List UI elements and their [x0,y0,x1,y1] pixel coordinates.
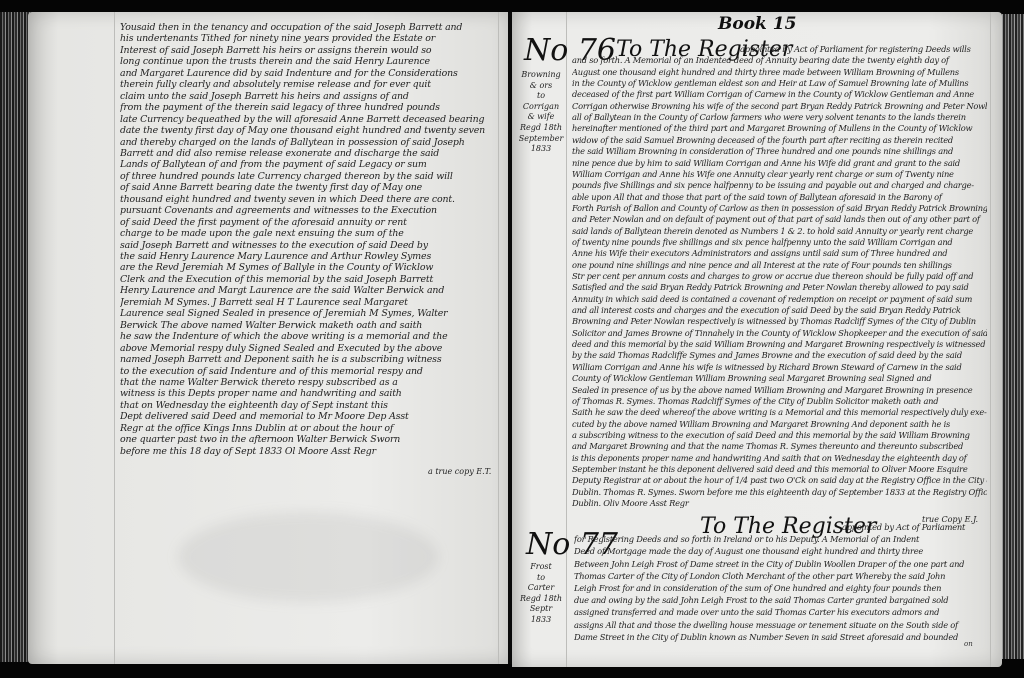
margin-note-line: & ors [516,81,566,92]
handwritten-line: assigned transferred and made over unto … [574,607,986,617]
handwritten-line: of said Anne Barrett bearing date the tw… [120,182,495,193]
handwritten-line: deed and this memorial by the said Willi… [572,339,987,349]
handwritten-line: said Joseph Barrett and witnesses to the… [120,240,495,251]
handwritten-line: of said Deed the first payment of the af… [120,217,495,228]
handwritten-line: date the twenty first day of May one tho… [120,125,495,136]
handwritten-line: charge to be made upon the gale next ens… [120,228,495,239]
handwritten-line: nine pence due by him to said William Co… [572,158,987,168]
handwritten-line: due and owing by the said John Leigh Fro… [574,595,986,605]
handwritten-line: Dame Street in the City of Dublin known … [574,632,986,642]
handwritten-line: the said Henry Laurence Mary Laurence an… [120,251,495,262]
handwritten-line: assigns All that and those the dwelling … [574,620,986,630]
margin-note-line: September [516,134,566,145]
handwritten-line: one pound nine shillings and nine pence … [572,260,987,270]
margin-note-77: FrosttoCarterRegd 18thSeptr1833 [516,562,566,626]
handwritten-line: Browning and Peter Nowlan respectively i… [572,316,987,326]
handwritten-line: Leigh Frost for and in consideration of … [574,583,986,593]
book-header: Book 15 [718,14,796,34]
handwritten-line: Deputy Registrar at or about the hour of… [572,475,987,485]
handwritten-line: pursuant Covenants and agreements and wi… [120,205,495,216]
handwritten-line: deceased of the first part William Corri… [572,89,987,99]
handwritten-line: claim unto the said Joseph Barrett his h… [120,91,495,102]
handwritten-line: Barrett and did also remise release exon… [120,148,495,159]
handwritten-line: Between John Leigh Frost of Dame street … [574,559,986,569]
handwritten-line: for Registering Deeds and so forth in Ir… [574,534,986,544]
margin-note-line: 1833 [516,615,566,626]
handwritten-line: that the name Walter Berwick thereto res… [120,377,495,388]
handwritten-line: appointed by Act of Parliament [842,522,987,532]
handwritten-line: Forth Parish of Ballon and County of Car… [572,203,987,213]
handwritten-line: named Joseph Barrett and Deponent saith … [120,354,495,365]
handwritten-line: hereinafter mentioned of the third part … [572,123,987,133]
margin-note-line: Regd 18th [516,594,566,605]
handwritten-line: of three hundred pounds late Currency ch… [120,171,495,182]
handwritten-line: Interest of said Joseph Barrett his heir… [120,45,495,56]
handwritten-line: September instant he this deponent deliv… [572,464,987,474]
handwritten-line: Regr at the office Kings Inns Dublin at … [120,423,495,434]
handwritten-line: pounds five Shillings and six pence half… [572,180,987,190]
handwritten-line: a subscribing witness to the execution o… [572,430,987,440]
margin-note-line: Corrigan [516,102,566,113]
handwritten-line: by the said Thomas Radcliffe Symes and J… [572,350,987,360]
handwritten-line: Henry Laurence and Margt Laurence are th… [120,285,495,296]
margin-rule-right [990,12,991,667]
handwritten-line: and so forth. A Memorial of an Indented … [572,55,987,65]
open-register-book: Yousaid then in the tenancy and occupati… [0,0,1024,678]
handwritten-line: widow of the said Samuel Browning deceas… [572,135,987,145]
handwritten-line: and thereby charged on the lands of Ball… [120,137,495,148]
handwritten-line: and Margaret Browning and that the name … [572,441,987,451]
handwritten-line: above Memorial respy duly Signed Sealed … [120,343,495,354]
handwritten-line: one quarter past two in the afternoon Wa… [120,434,495,445]
handwritten-line: therein fully clearly and absolutely rem… [120,79,495,90]
handwritten-line: Yousaid then in the tenancy and occupati… [120,22,495,33]
handwritten-line: all of Ballytean in the County of Carlow… [572,112,987,122]
handwritten-line: appointed by Act of Parliament for regis… [740,44,985,54]
handwritten-line: the said William Browning in considerati… [572,146,987,156]
margin-note-line: Browning [516,70,566,81]
handwritten-line: Anne his Wife their executors Administra… [572,248,987,258]
handwritten-line: William Corrigan and Anne his wife is wi… [572,362,987,372]
handwritten-line: that on Wednesday the eighteenth day of … [120,400,495,411]
handwritten-line: able upon All that and those that part o… [572,192,987,202]
handwritten-line: late Currency bequeathed by the will afo… [120,114,495,125]
margin-note-line: Frost [516,562,566,573]
handwritten-line: before me this 18 day of Sept 1833 Ol Mo… [120,446,495,457]
handwritten-line: his undertenants Tithed for ninety nine … [120,33,495,44]
handwritten-line: and Margaret Laurence did by said Indent… [120,68,495,79]
handwritten-line: witness is this Depts proper name and ha… [120,388,495,399]
handwritten-line: County of Wicklow Gentleman William Brow… [572,373,987,383]
handwritten-line: thousand eight hundred and twenty seven … [120,194,495,205]
handwritten-line: to the execution of said Indenture and o… [120,366,495,377]
handwritten-line: Dublin. Thomas R. Symes. Sworn before me… [572,487,987,497]
right-page: Book 15 No 76 To The Register Browning& … [512,12,1002,667]
handwritten-line: Dept delivered said Deed and memorial to… [120,411,495,422]
handwritten-line: cuted by the above named William Brownin… [572,419,987,429]
handwritten-line: he saw the Indenture of which the above … [120,331,495,342]
handwritten-line: Saith he saw the deed whereof the above … [572,407,987,417]
margin-rule [566,12,567,667]
handwritten-line: of twenty nine pounds five shillings and… [572,237,987,247]
margin-note-line: Regd 18th [516,123,566,134]
margin-note-line: 1833 [516,144,566,155]
handwritten-line: Thomas Carter of the City of London Clot… [574,571,986,581]
handwritten-line: from the payment of the therein said leg… [120,102,495,113]
handwritten-line: in the County of Wicklow gentleman eldes… [572,78,987,88]
margin-note-line: Carter [516,583,566,594]
handwritten-line: Laurence seal Signed Sealed in presence … [120,308,495,319]
handwritten-line: Corrigan otherwise Browning his wife of … [572,101,987,111]
true-copy-note: a true copy E.T. [428,467,491,476]
handwritten-line: Sealed in presence of us by the above na… [572,385,987,395]
margin-rule [114,12,115,664]
book-page-edges-right [1000,14,1024,659]
margin-note-line: to [516,573,566,584]
book-page-edges-left [0,12,30,662]
handwritten-line: Lands of Ballytean of and from the payme… [120,159,495,170]
margin-note-line: Septr [516,604,566,615]
handwritten-line: Deed of Mortgage made the day of August … [574,546,986,556]
margin-note-76: Browning& orstoCorrigan& wifeRegd 18thSe… [516,70,566,155]
handwritten-line: Clerk and the Execution of this memorial… [120,274,495,285]
handwritten-line: Satisfied and the said Bryan Reddy Patri… [572,282,987,292]
margin-rule-right [498,12,499,664]
handwritten-line: of Thomas R. Symes. Thomas Radcliff Syme… [572,396,987,406]
handwritten-line: Annuity in which said deed is contained … [572,294,987,304]
handwritten-line: Dublin. Oliv Moore Asst Regr [572,498,987,508]
margin-note-line: to [516,91,566,102]
handwritten-line: August one thousand eight hundred and th… [572,67,987,77]
margin-note-line: & wife [516,112,566,123]
handwritten-line: William Corrigan and Anne his Wife one A… [572,169,987,179]
handwritten-line: said lands of Ballytean therein denoted … [572,226,987,236]
left-page: Yousaid then in the tenancy and occupati… [28,12,510,664]
handwritten-line: long continue upon the trusts therein an… [120,56,495,67]
handwritten-line: Solicitor and James Browne of Tinnahely … [572,328,987,338]
handwritten-line: is this deponents proper name and handwr… [572,453,987,463]
paper-stain [178,512,438,602]
handwritten-line: Berwick The above named Walter Berwick m… [120,320,495,331]
handwritten-line: and Peter Nowlan and on default of payme… [572,214,987,224]
handwritten-line: and all interest costs and charges and t… [572,305,987,315]
handwritten-line: Str per cent per annum costs and charges… [572,271,987,281]
catchword: on [964,640,973,648]
handwritten-line: are the Revd Jeremiah M Symes of Ballyle… [120,262,495,273]
handwritten-line: Jeremiah M Symes. J Barrett seal H T Lau… [120,297,495,308]
